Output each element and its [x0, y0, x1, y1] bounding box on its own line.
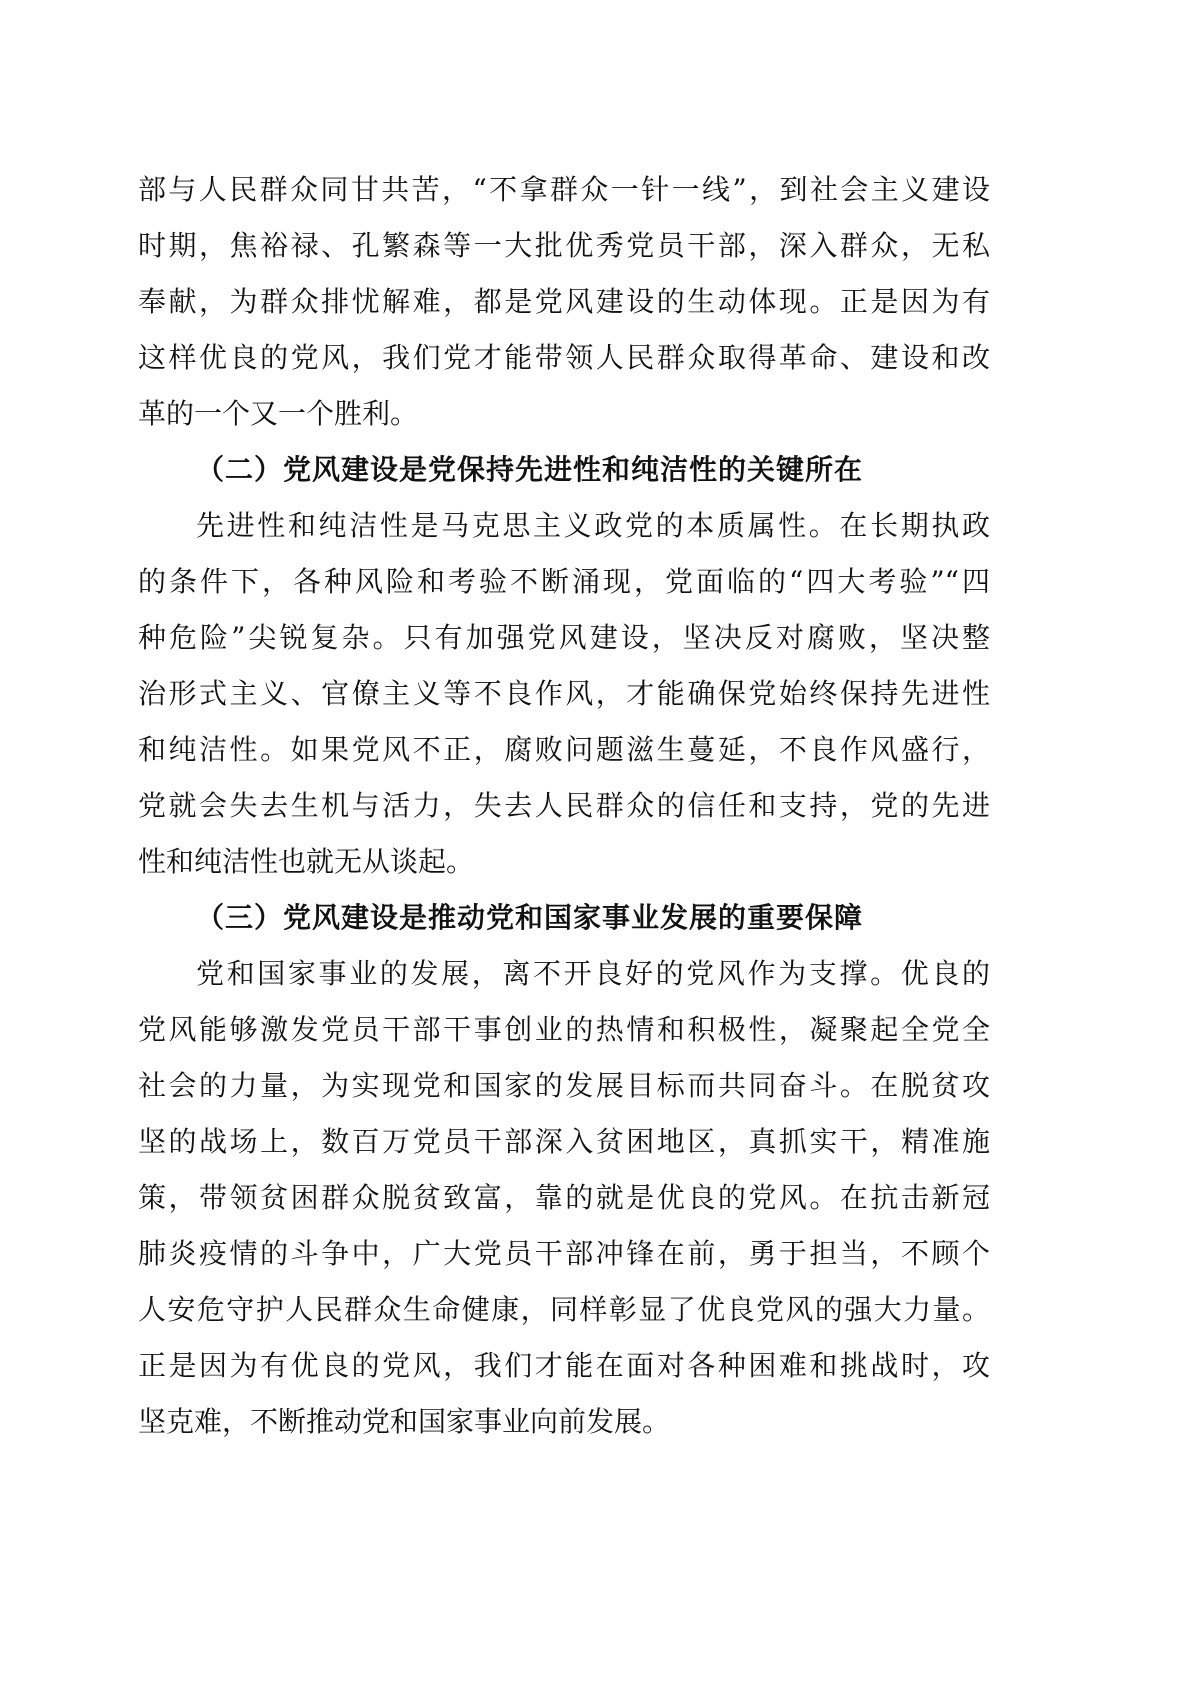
- section-heading-3: （三）党风建设是推动党和国家事业发展的重要保障: [196, 898, 863, 938]
- document-page: 部与人民群众同甘共苦，“不拿群众一针一线”，到社会主义建设 时期，焦裕禄、孔繁森…: [0, 0, 1190, 1683]
- section-heading-2: （二）党风建设是党保持先进性和纯洁性的关键所在: [196, 450, 863, 490]
- paragraph-line: 正是因为有优良的党风，我们才能在面对各种困难和挑战时，攻: [138, 1346, 990, 1386]
- paragraph-line: 肺炎疫情的斗争中，广大党员干部冲锋在前，勇于担当，不顾个: [138, 1234, 990, 1274]
- paragraph-line: 先进性和纯洁性是马克思主义政党的本质属性。在长期执政: [196, 506, 990, 546]
- paragraph-line: 人安危守护人民群众生命健康，同样彰显了优良党风的强大力量。: [138, 1290, 990, 1330]
- paragraph-line: 党就会失去生机与活力，失去人民群众的信任和支持，党的先进: [138, 786, 990, 826]
- paragraph-line: 的条件下，各种风险和考验不断涌现，党面临的“四大考验”“四: [138, 562, 990, 602]
- paragraph-line: 党和国家事业的发展，离不开良好的党风作为支撑。优良的: [196, 954, 990, 994]
- paragraph-line: 坚克难，不断推动党和国家事业向前发展。: [138, 1402, 990, 1442]
- paragraph-line: 和纯洁性。如果党风不正，腐败问题滋生蔓延，不良作风盛行，: [138, 730, 990, 770]
- paragraph-line: 治形式主义、官僚主义等不良作风，才能确保党始终保持先进性: [138, 674, 990, 714]
- paragraph-line: 性和纯洁性也就无从谈起。: [138, 842, 990, 882]
- paragraph-line: 策，带领贫困群众脱贫致富，靠的就是优良的党风。在抗击新冠: [138, 1178, 990, 1218]
- paragraph-line: 这样优良的党风，我们党才能带领人民群众取得革命、建设和改: [138, 338, 990, 378]
- paragraph-line: 党风能够激发党员干部干事创业的热情和积极性，凝聚起全党全: [138, 1010, 990, 1050]
- paragraph-line: 革的一个又一个胜利。: [138, 394, 990, 434]
- paragraph-line: 种危险”尖锐复杂。只有加强党风建设，坚决反对腐败，坚决整: [138, 618, 990, 658]
- paragraph-line: 部与人民群众同甘共苦，“不拿群众一针一线”，到社会主义建设: [138, 170, 990, 210]
- paragraph-line: 奉献，为群众排忧解难，都是党风建设的生动体现。正是因为有: [138, 282, 990, 322]
- paragraph-line: 社会的力量，为实现党和国家的发展目标而共同奋斗。在脱贫攻: [138, 1066, 990, 1106]
- paragraph-line: 坚的战场上，数百万党员干部深入贫困地区，真抓实干，精准施: [138, 1122, 990, 1162]
- paragraph-line: 时期，焦裕禄、孔繁森等一大批优秀党员干部，深入群众，无私: [138, 226, 990, 266]
